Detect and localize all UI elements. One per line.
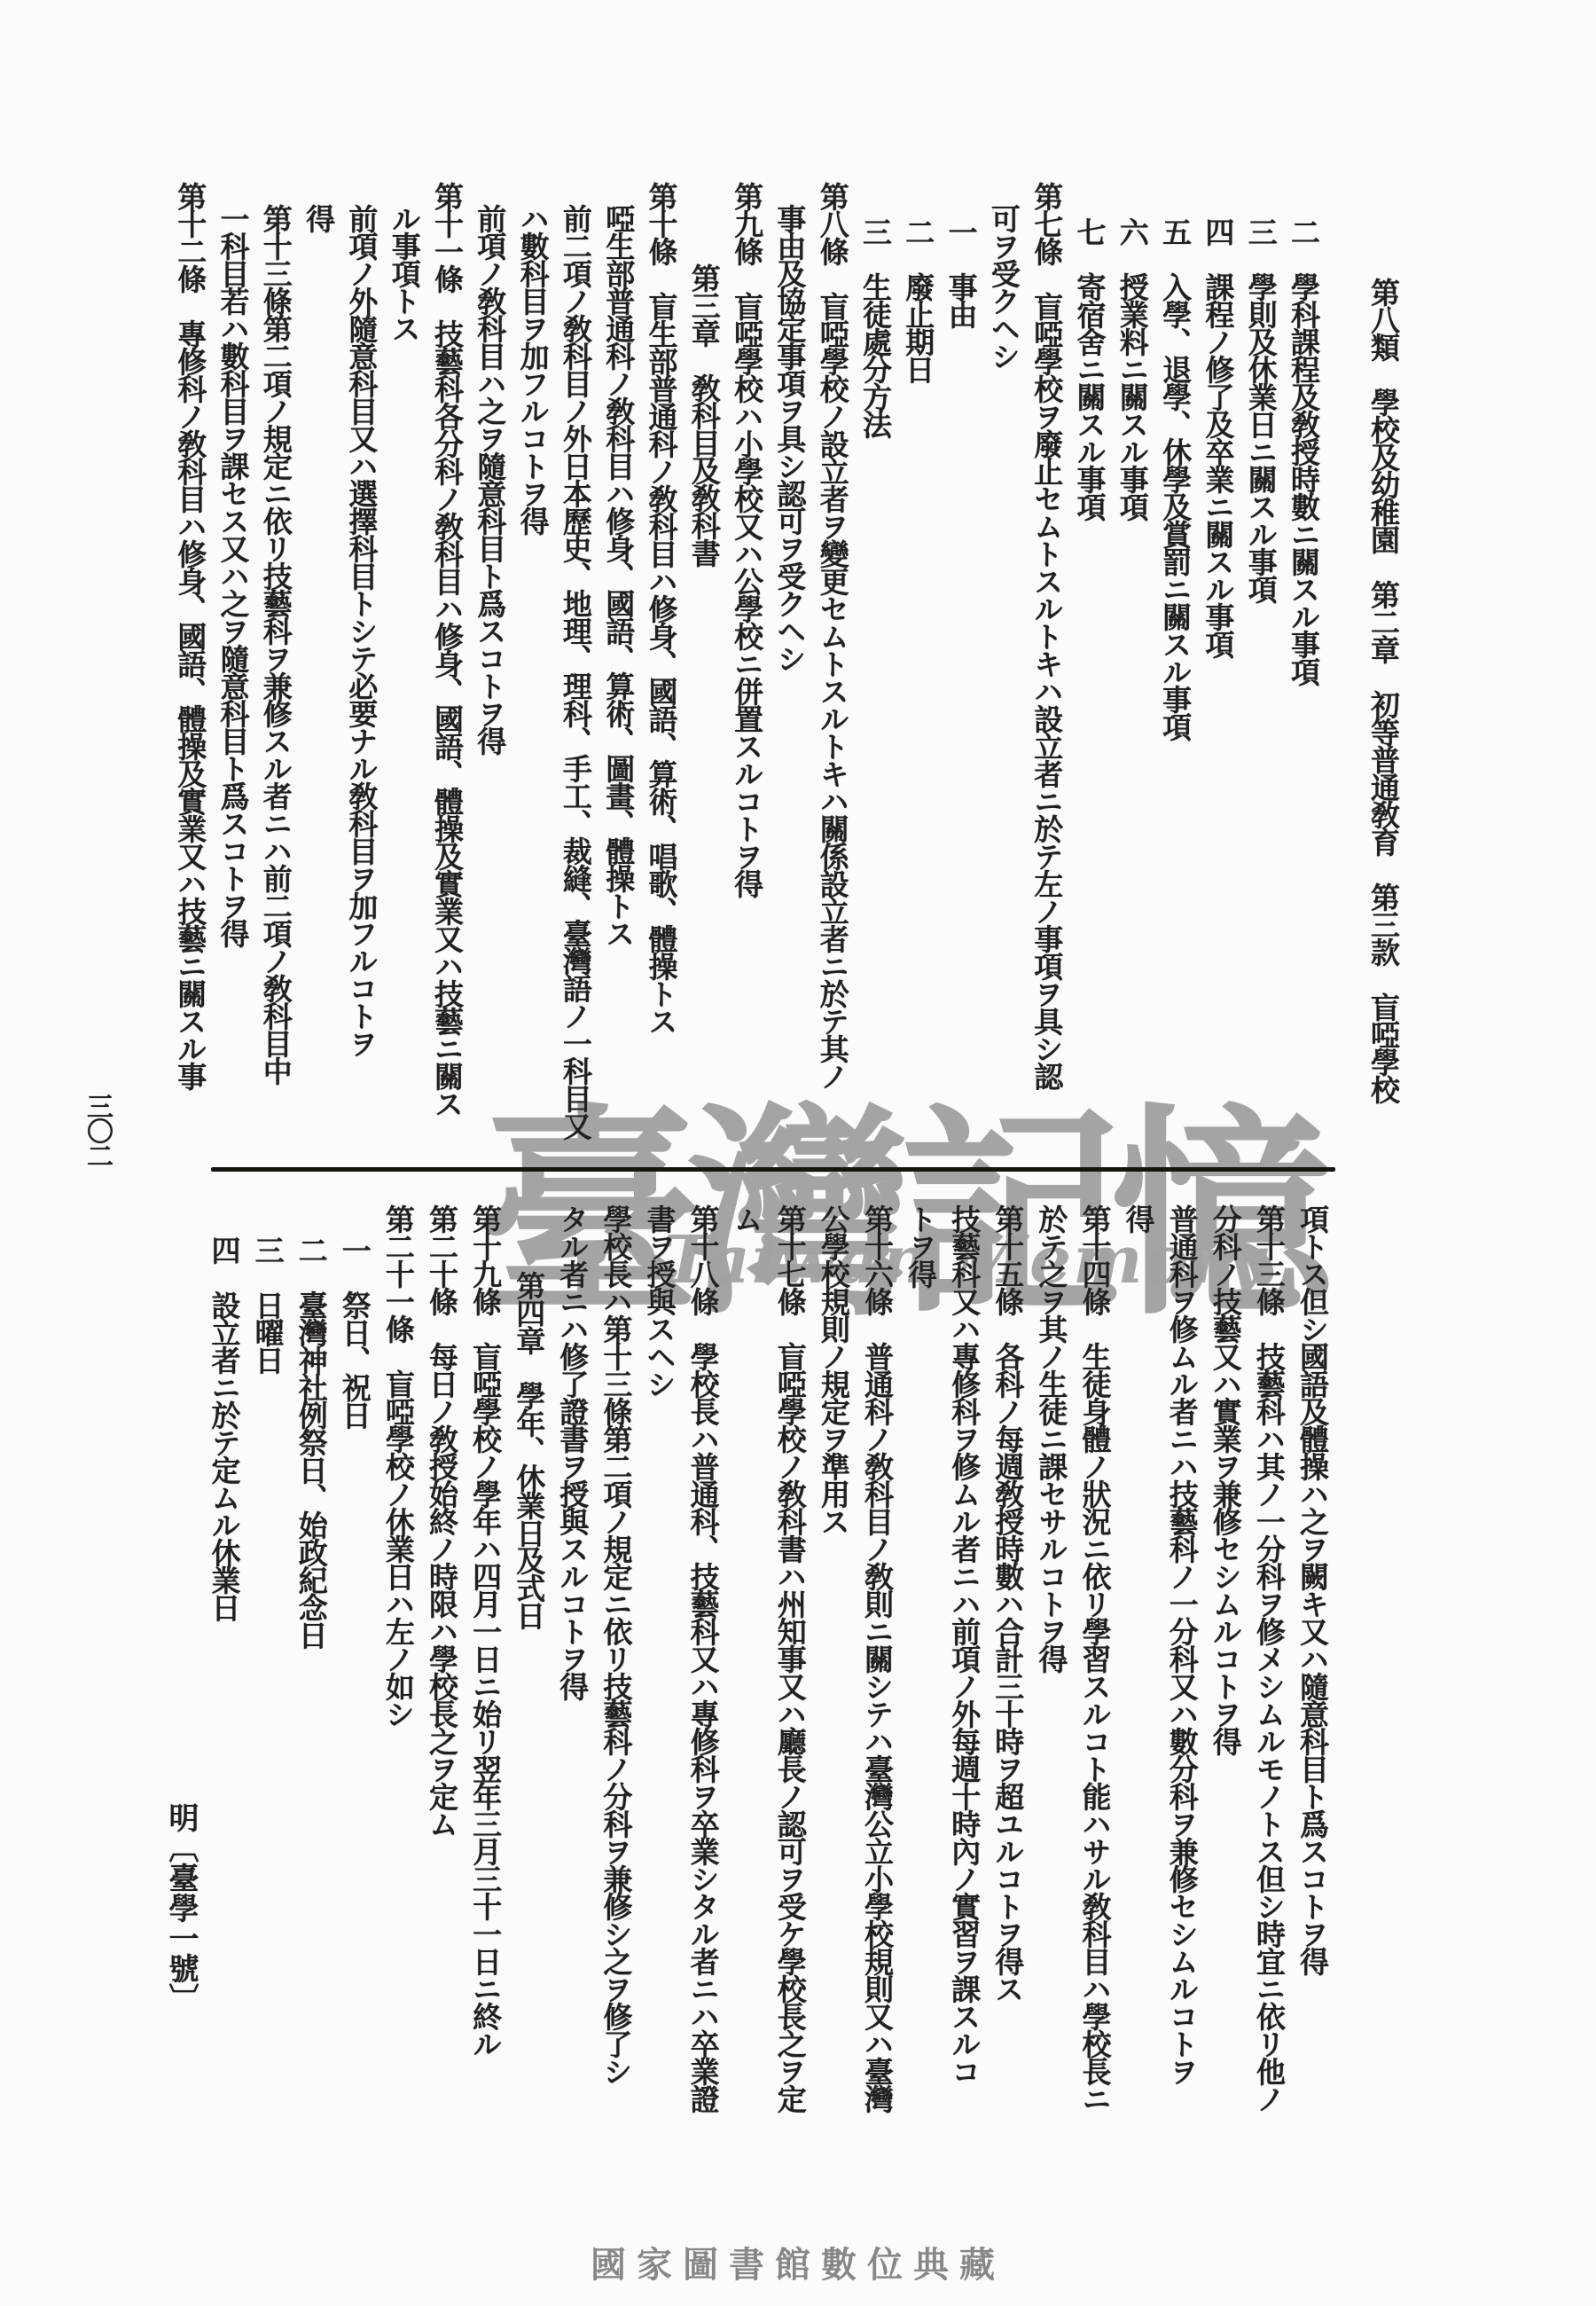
item-column: 四 課程ノ修了及卒業ニ關スル事項 — [1196, 217, 1239, 657]
item-column: 四 設立者ニ於テ定ムル休業日 — [203, 1235, 246, 1620]
continuation-column: タル者ニハ修了證書ヲ授與スルコトヲ得 — [551, 1204, 593, 1699]
article-column: 第七條 盲啞學校ヲ廢止セムトスルトキハ設立者ニ於テ左ノ事項ヲ具シ認 — [1025, 182, 1068, 1089]
section-divider — [211, 1167, 1335, 1172]
item-column: 三 日曜日 — [246, 1235, 289, 1373]
continuation-column: 事由及協定事項ヲ具シ認可ヲ受クヘシ — [768, 204, 810, 671]
continuation-column: 前二項ノ敎科目ノ外日本歷史、地理、理科、手工、裁縫、臺灣語ノ一科目又 — [554, 204, 597, 1139]
item-column: 一 事由 — [940, 217, 982, 327]
footer-text: 國家圖書館數位典藏 — [591, 2237, 1005, 2287]
item-column: 五 入學、退學、休學及賞罰ニ關スル事項 — [1154, 217, 1196, 740]
item-column: 六 授業料ニ關スル事項 — [1111, 217, 1154, 520]
article-column: 第八條 盲啞學校ノ設立者ヲ變更セムトスルトキハ關係設立者ニ於テ其ノ — [811, 182, 854, 1089]
item-column: 三 生徒處分方法 — [854, 217, 896, 437]
item-column: 二 學科課程及敎授時數ニ關スル事項 — [1282, 217, 1325, 685]
article-column: 第十五條 各科ノ每週敎授時數ハ合計三十時ヲ超ユルコトヲ得ス — [986, 1204, 1029, 2002]
continuation-column: 項トス但シ國語及體操ハ之ヲ闕キ又ハ隨意科目ト爲スコトヲ得 — [1291, 1204, 1334, 1974]
article-column: 第十條 盲生部普通科ノ敎科目ハ修身、國語、算術、唱歌、體操トス — [640, 182, 683, 1034]
article-column: 第十六條 普通科ノ敎科目ノ敎則ニ關シテハ臺灣公立小學校規則又ハ臺灣 — [856, 1204, 898, 2112]
chapter-column: 第三章 敎科目及敎科書 — [683, 263, 725, 566]
continuation-column: ハ數科目ヲ加フルコトヲ得 — [512, 204, 554, 534]
item-column: 二 臺灣神社例祭日、始政紀念日 — [290, 1235, 332, 1648]
article-column: 第十七條 盲啞學校ノ敎科書ハ州知事又ハ廳長ノ認可ヲ受ケ學校長之ヲ定 — [769, 1204, 811, 2112]
continuation-column: ム — [725, 1204, 768, 1232]
article-column: 第十二條 專修科ノ敎科目ハ修身、國語、體操及實業又ハ技藝ニ關スル事 — [168, 182, 211, 1089]
continuation-column: 前項ノ敎科目ハ之ヲ隨意科目ト爲スコトヲ得 — [468, 204, 511, 754]
header-column: 第八類 學校及幼稚園 第二章 初等普通敎育 第三款 盲啞學校 — [1362, 278, 1404, 1102]
article-column: 第九條 盲啞學校ハ小學校又ハ公學校ニ併置スルコトヲ得 — [725, 182, 768, 897]
article-column: 第十九條 盲啞學校ノ學年ハ四月一日ニ始リ翌年三月三十一日ニ終ル — [464, 1204, 506, 2057]
continuation-column: 普通科ヲ修ムル者ニハ技藝科ノ一分科又ハ數分科ヲ兼修セシムルコトヲ — [1161, 1204, 1203, 2084]
article-column: 第二十一條 盲啞學校ノ休業日ハ左ノ如シ — [377, 1204, 419, 1727]
continuation-column: 前項ノ外隨意科目又ハ選擇科目トシテ必要ナル敎科目ヲ加フルコトヲ — [340, 204, 382, 1056]
continuation-column: 第十三條第二項ノ規定ニ依リ技藝科ヲ兼修スル者ニハ前二項ノ敎科目中 — [254, 204, 297, 1084]
signature-mark: 明〔臺學一號〕 — [160, 1802, 202, 2013]
document-page: 第八類 學校及幼稚園 第二章 初等普通敎育 第三款 盲啞學校二 學科課程及敎授時… — [0, 0, 1596, 2306]
item-column: 七 寄宿舍ニ關スル事項 — [1068, 217, 1111, 520]
article-column: 第二十條 每日ノ敎授始終ノ時限ハ學校長之ヲ定ム — [420, 1204, 463, 1837]
continuation-column: 啞生部普通科ノ敎科目ハ修身、國語、算術、圖畫、體操トス — [597, 204, 639, 946]
continuation-column: 書ヲ授與スヘシ — [638, 1204, 681, 1397]
continuation-column: 可ヲ受クヘシ — [982, 204, 1025, 369]
continuation-column: 得 — [297, 204, 340, 231]
article-column: 第十一條 技藝科各分科ノ敎科目ハ修身、國語、體操及實業又ハ技藝ニ關ス — [426, 182, 468, 1117]
item-column: 三 學則及休業日ニ關スル事項 — [1240, 217, 1282, 602]
article-column: 第十四條 生徒身體ノ狀況ニ依リ學習スルコト能ハサル敎科目ハ學校長ニ — [1074, 1204, 1116, 2112]
continuation-column: 一科目若ハ數科目ヲ課セス又ハ之ヲ隨意科目ト爲スコトヲ得 — [212, 204, 254, 946]
chapter-column: 第四章 學年、休業日及式日 — [507, 1271, 550, 1628]
continuation-column: 於テ之ヲ其ノ生徒ニ課セサルコトヲ得 — [1029, 1204, 1072, 1672]
item-column: 一 祭日、祝日 — [333, 1235, 376, 1428]
continuation-column: 學校長ハ第十三條第二項ノ規定ニ依リ技藝科ノ分科ヲ兼修シ之ヲ修了シ — [594, 1204, 637, 2084]
article-column: 第十三條 技藝科ハ其ノ一分科ヲ修メシムルモノトス但シ時宜ニ依リ他ノ — [1248, 1204, 1290, 2112]
continuation-column: 得 — [1117, 1204, 1160, 1232]
page-number: 三〇二 — [82, 1093, 112, 1167]
continuation-column: 分科ノ技藝又ハ實業ヲ兼修セシムルコトヲ得 — [1204, 1204, 1247, 1754]
continuation-column: トヲ得 — [899, 1204, 942, 1287]
continuation-column: ル事項トス — [383, 204, 426, 341]
article-column: 第十八條 學校長ハ普通科、技藝科又ハ專修科ヲ卒業シタル者ニハ卒業證 — [682, 1204, 724, 2112]
continuation-column: 技藝科又ハ專修科ヲ修ムル者ニハ前項ノ外每週十時內ノ實習ヲ課スルコ — [943, 1204, 985, 2084]
continuation-column: 公學校規則ノ規定ヲ準用ス — [812, 1204, 855, 1534]
item-column: 二 廢止期日 — [896, 217, 939, 382]
